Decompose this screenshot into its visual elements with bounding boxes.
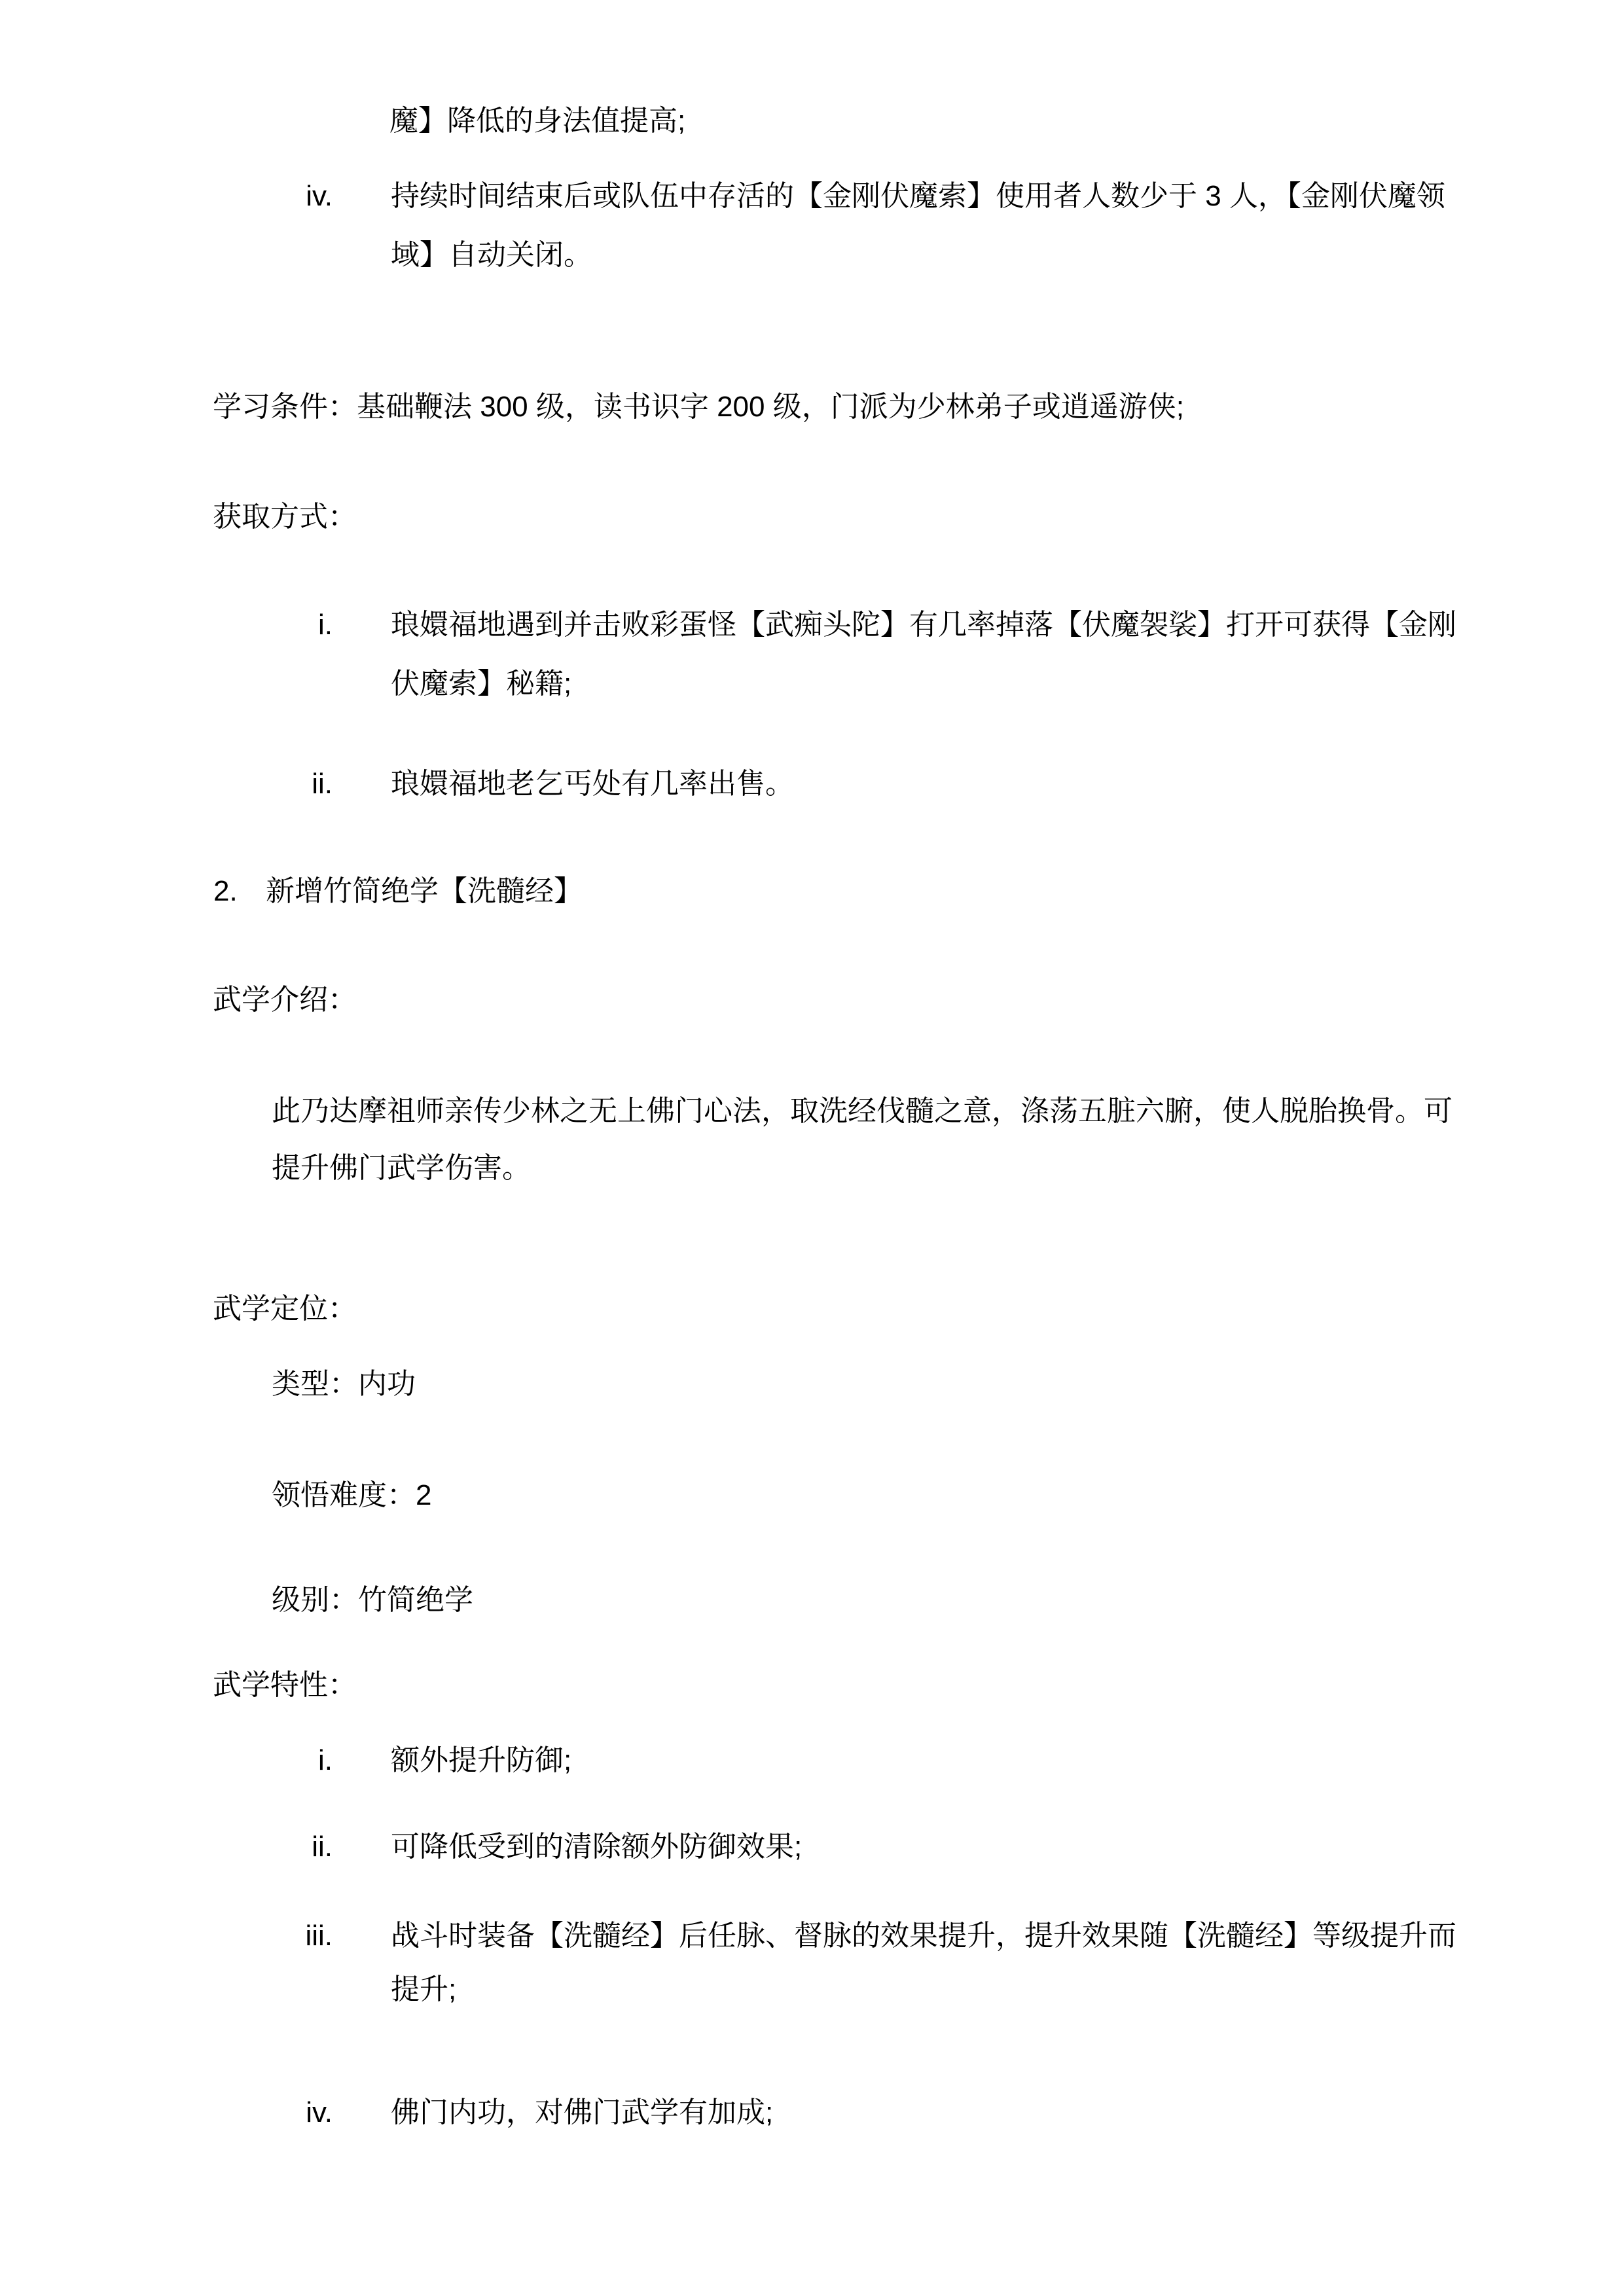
trait-iii-line-2: 提升;	[391, 1969, 456, 2010]
list-item-iv-line-1: 持续时间结束后或队伍中存活的【金刚伏魔索】使用者人数少于 3 人，【金刚伏魔领	[391, 176, 1445, 217]
skill-intro-paragraph-line-1: 此乃达摩祖师亲传少林之无上佛门心法，取洗经伐髓之意，涤荡五脏六腑，使人脱胎换骨。…	[272, 1091, 1453, 1132]
section-2-number: 2.	[213, 871, 238, 912]
skill-difficulty-line: 领悟难度：2	[272, 1475, 431, 1516]
trait-marker-ii: ii.	[236, 1827, 333, 1867]
trait-iii-line-1: 战斗时装备【洗髓经】后任脉、督脉的效果提升，提升效果随【洗髓经】等级提升而	[391, 1916, 1456, 1956]
list-marker-i: i.	[236, 605, 333, 645]
document-page: 魔】降低的身法值提高; iv. 持续时间结束后或队伍中存活的【金刚伏魔索】使用者…	[0, 0, 1624, 2296]
list-item-iv-line-2: 域】自动关闭。	[391, 235, 592, 276]
acquisition-item-i-line-2: 伏魔索】秘籍;	[391, 664, 571, 704]
acquisition-item-ii-text: 琅嬛福地老乞丐处有几率出售。	[391, 764, 794, 804]
skill-intro-label: 武学介绍：	[213, 980, 357, 1020]
skill-position-label: 武学定位：	[213, 1289, 357, 1329]
acquisition-item-i-line-1: 琅嬛福地遇到并击败彩蛋怪【武痴头陀】有几率掉落【伏魔袈裟】打开可获得【金刚	[391, 605, 1456, 645]
section-2-title: 新增竹简绝学【洗髓经】	[266, 871, 583, 912]
list-marker-iv: iv.	[236, 176, 333, 217]
learning-conditions-line: 学习条件：基础鞭法 300 级，读书识字 200 级，门派为少林弟子或逍遥游侠;	[213, 387, 1184, 427]
trait-iv-text: 佛门内功，对佛门武学有加成;	[391, 2092, 773, 2133]
trait-marker-iv: iv.	[236, 2092, 333, 2133]
trait-marker-i: i.	[236, 1740, 333, 1781]
skill-intro-paragraph-line-2: 提升佛门武学伤害。	[272, 1148, 531, 1189]
trait-ii-text: 可降低受到的清除额外防御效果;	[391, 1827, 802, 1867]
trait-i-text: 额外提升防御;	[391, 1740, 571, 1781]
skill-traits-label: 武学特性：	[213, 1665, 357, 1706]
acquisition-label: 获取方式：	[213, 497, 357, 537]
skill-grade-line: 级别：竹简绝学	[272, 1580, 473, 1621]
list-marker-ii: ii.	[236, 764, 333, 804]
skill-type-line: 类型：内功	[272, 1364, 416, 1405]
trait-marker-iii: iii.	[236, 1916, 333, 1956]
continuation-line: 魔】降低的身法值提高;	[389, 101, 685, 141]
